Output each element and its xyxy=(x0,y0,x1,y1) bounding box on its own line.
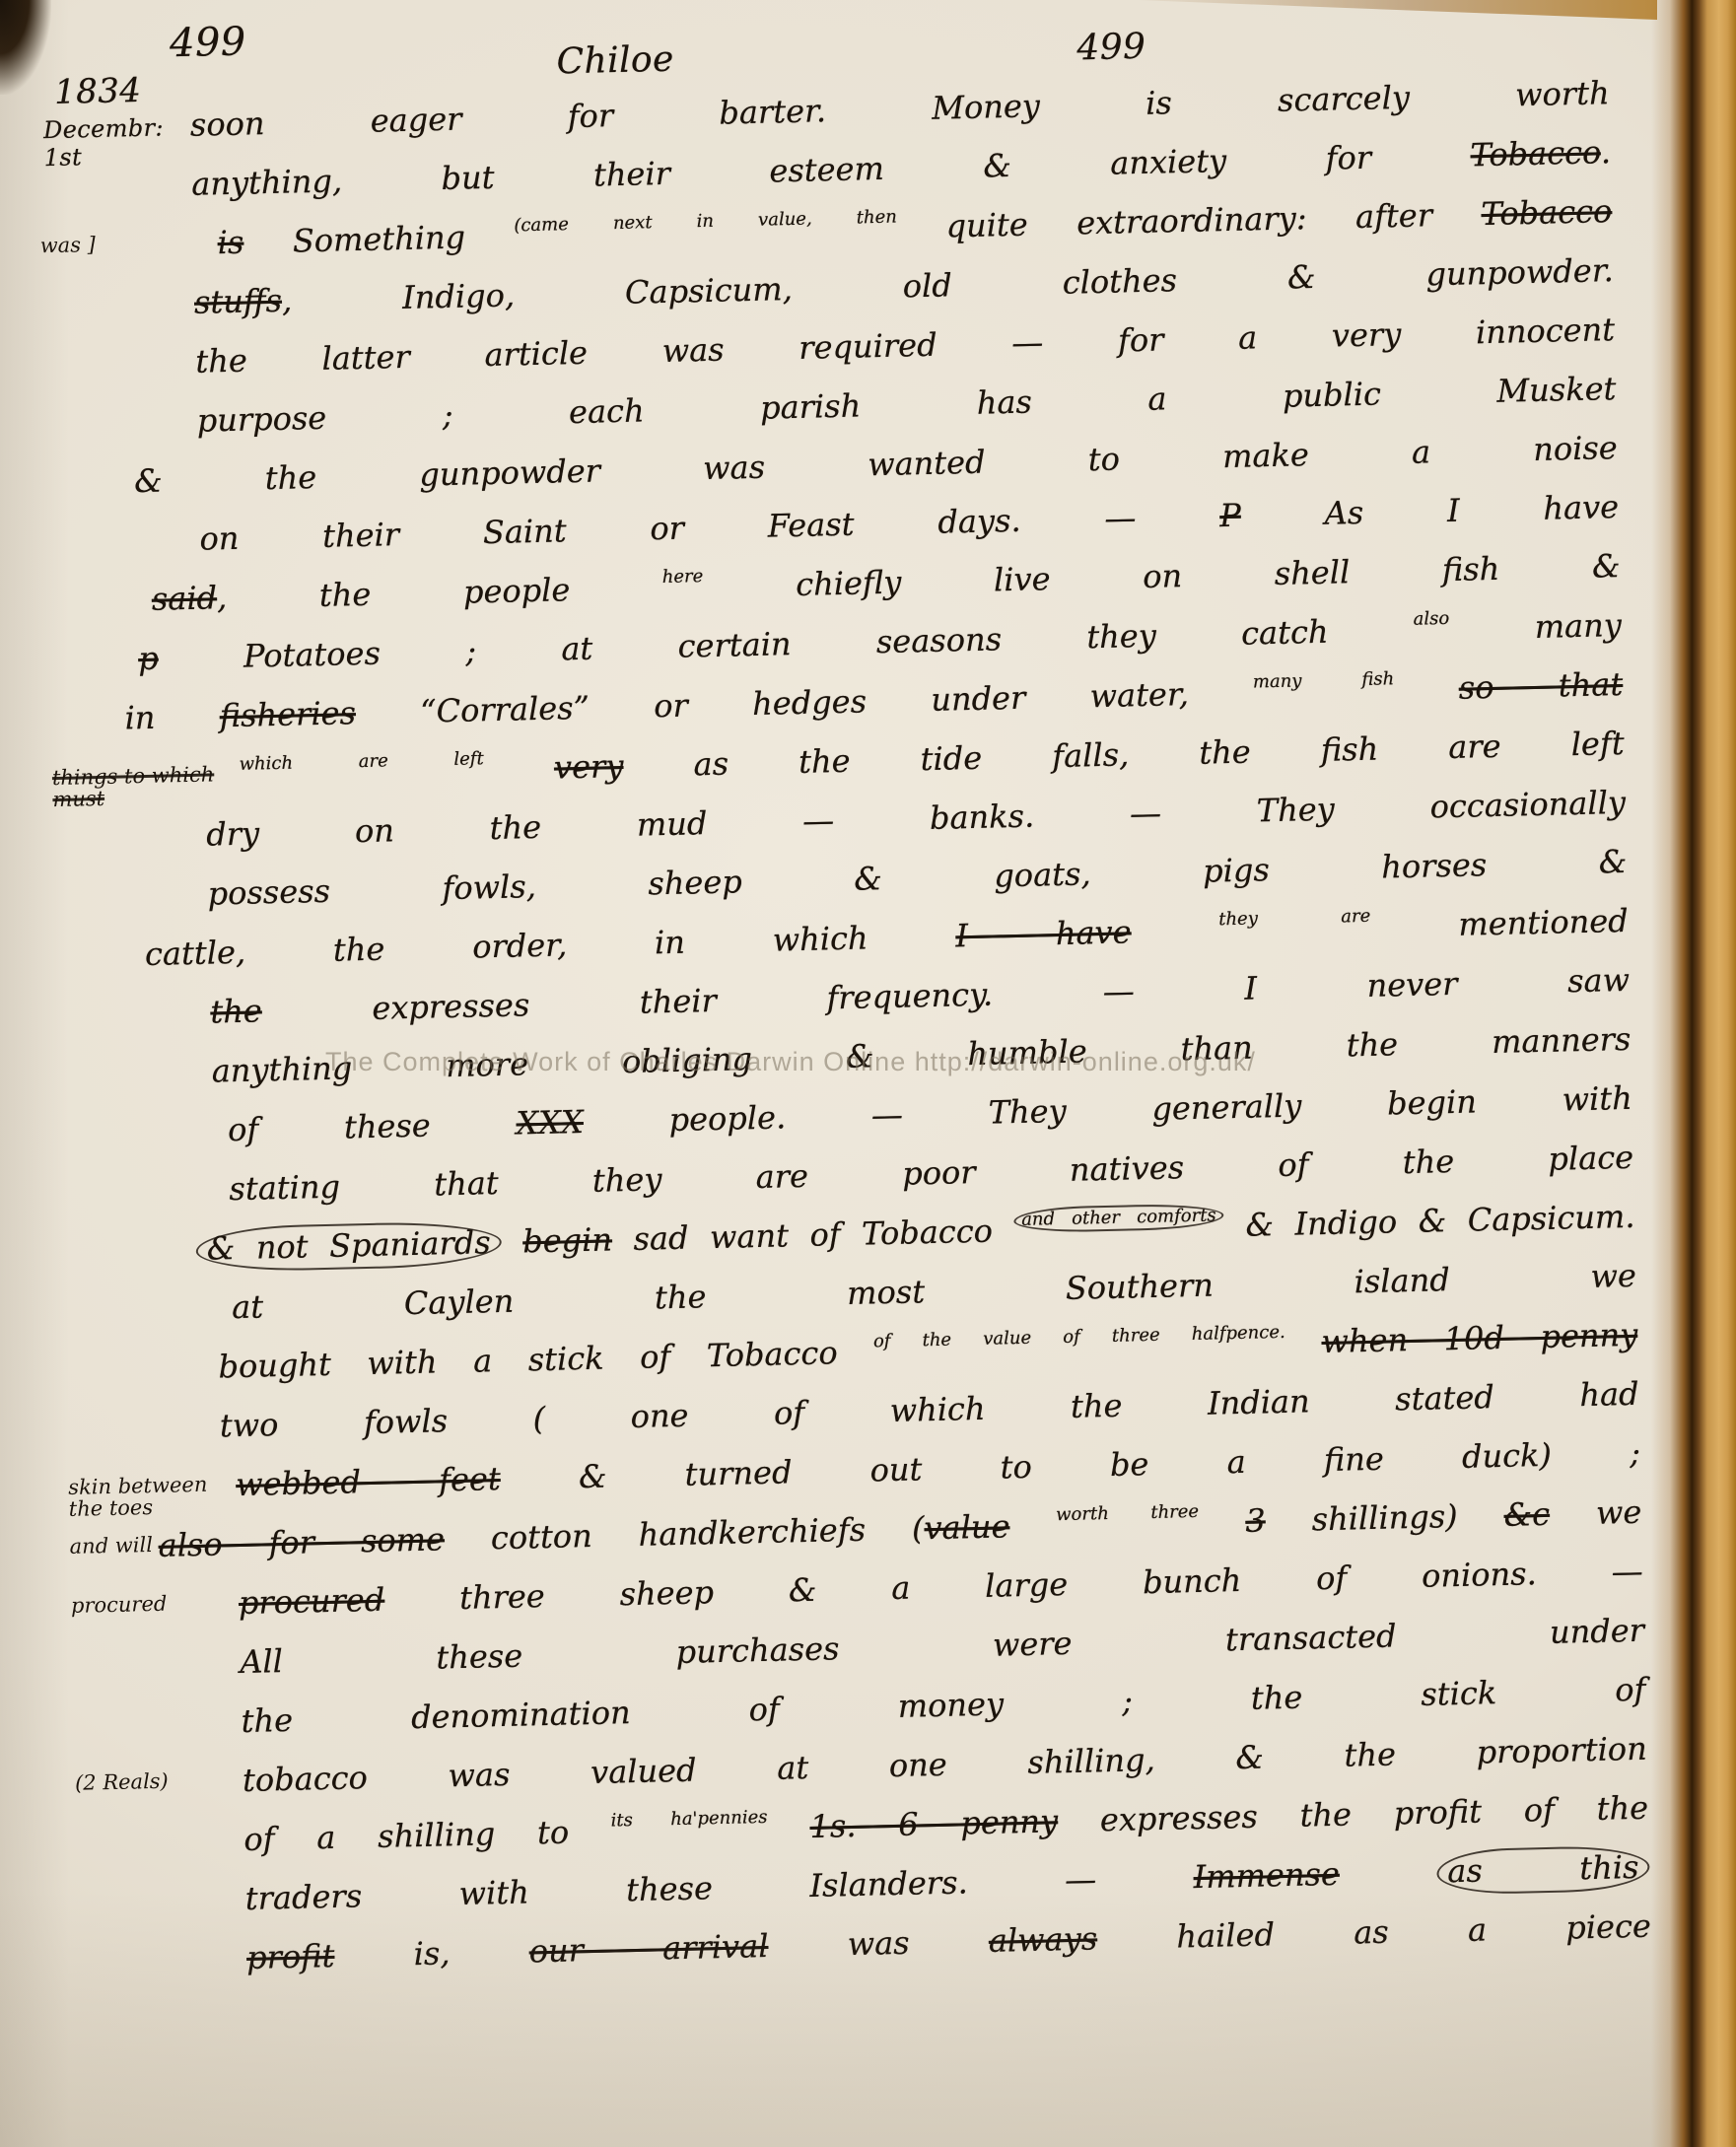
book-fore-edge xyxy=(1651,0,1736,2147)
text-segment: the denomination of money ; the stick of xyxy=(241,1671,1645,1740)
text-segment: , Indigo, Capsicum, old clothes & gunpow… xyxy=(282,251,1615,319)
margin-note: (2 Reals) xyxy=(75,1768,241,1794)
interline-insertion: (came next in value, then xyxy=(514,207,897,237)
text-segment: stating that they are poor natives of th… xyxy=(229,1139,1633,1208)
margin-note: things to which must xyxy=(52,763,219,810)
date-margin-label: Decembr: 1st xyxy=(43,113,192,172)
struck-text: also for some xyxy=(158,1520,445,1564)
manuscript-line: traders with these Islanders. — Immense … xyxy=(244,1851,1649,1916)
text-segment: & turned out to be a fine duck) ; xyxy=(500,1434,1640,1497)
manuscript-line: dry on the mud — banks. — They occasiona… xyxy=(206,787,1626,852)
text-segment xyxy=(1009,1506,1057,1545)
manuscript-line: bought with a stick of Tobacco of the va… xyxy=(218,1319,1637,1384)
page-number-right: 499 xyxy=(1076,27,1146,69)
text-segment: purpose ; each parish has a public Muske… xyxy=(196,370,1616,440)
manuscript-line: is Something (came next in value, then q… xyxy=(217,195,1612,260)
text-segment: soon eager for barter. Money is scarcely… xyxy=(190,74,1610,144)
struck-text: &c xyxy=(1503,1495,1550,1534)
circled-annotation: as this xyxy=(1436,1845,1650,1896)
text-segment: & the gunpowder was wanted to make a noi… xyxy=(134,429,1618,500)
struck-text: Tobacco xyxy=(1481,192,1613,233)
text-segment: three sheep & a large bunch of onions. — xyxy=(384,1553,1643,1619)
margin-note: procured xyxy=(71,1591,237,1617)
manuscript-lines: soon eager for barter. Money is scarcely… xyxy=(0,0,1711,4)
manuscript-line: which are left very as the tide falls, t… xyxy=(240,727,1625,792)
text-segment: . xyxy=(1600,133,1611,171)
text-segment: many xyxy=(1449,606,1622,648)
text-segment xyxy=(767,1808,810,1846)
text-segment: chiefly live on shell fish & xyxy=(703,547,1621,605)
manuscript-line: also for some cotton handkerchiefs (valu… xyxy=(158,1496,1641,1563)
interline-insertion: worth three xyxy=(1056,1501,1199,1525)
manuscript-line: in fisheries “Corrales” or hedges under … xyxy=(124,668,1623,735)
struck-text: the xyxy=(210,992,262,1030)
text-segment: of a shilling to xyxy=(243,1813,611,1858)
struck-text: procured xyxy=(239,1581,385,1622)
struck-text: our arrival xyxy=(528,1927,769,1970)
interline-insertion: which are left xyxy=(239,748,484,775)
manuscript-line: anything, but their esteem & anxiety for… xyxy=(191,136,1611,201)
manuscript-line: of these XXX people. — They generally be… xyxy=(228,1082,1632,1147)
interline-insertion: also xyxy=(1413,608,1449,630)
text-segment: As I have xyxy=(1240,488,1619,534)
manuscript-line: the expresses their frequency. — I never… xyxy=(210,964,1630,1029)
text-segment xyxy=(1131,911,1219,950)
struck-text: p xyxy=(138,640,159,677)
struck-text: so that xyxy=(1458,665,1623,707)
struck-text: 3 xyxy=(1245,1501,1266,1539)
text-segment: mentioned xyxy=(1370,902,1629,945)
manuscript-line: All these purchases were transacted unde… xyxy=(240,1615,1644,1680)
struck-text: I have xyxy=(955,913,1132,954)
interline-insertion: of the value of three halfpence. xyxy=(873,1322,1285,1351)
struck-text: stuffs xyxy=(194,282,283,321)
struck-text: XXX xyxy=(516,1103,584,1143)
struck-text: P xyxy=(1219,497,1241,534)
text-segment: two fowls ( one of which the Indian stat… xyxy=(219,1375,1638,1445)
interline-insertion: they are xyxy=(1218,906,1371,930)
text-segment xyxy=(1285,1323,1322,1361)
struck-text: webbed feet xyxy=(236,1460,501,1503)
text-segment: Something xyxy=(243,217,515,260)
page-title: Chiloe xyxy=(556,39,674,83)
text-segment: people. — They generally begin with xyxy=(583,1079,1632,1141)
text-segment: hailed as a piece xyxy=(1097,1907,1652,1958)
text-segment: anything, but their esteem & anxiety for xyxy=(191,136,1471,202)
text-segment: dry on the mud — banks. — They occasiona… xyxy=(206,784,1626,854)
watermark: The Complete Work of Charles Darwin Onli… xyxy=(325,1047,1489,1077)
manuscript-line: profit is, our arrival was always hailed… xyxy=(246,1910,1651,1975)
struck-text: Immense xyxy=(1193,1855,1340,1896)
year-label: 1834 xyxy=(54,71,142,112)
text-segment: expresses the profit of the xyxy=(1058,1789,1649,1840)
text-segment: , the people xyxy=(217,569,663,616)
struck-text: 1s. 6 penny xyxy=(809,1802,1058,1845)
manuscript-line: of a shilling to its ha'pennies 1s. 6 pe… xyxy=(243,1792,1648,1857)
text-segment: & Indigo & Capsicum. xyxy=(1223,1198,1634,1244)
text-segment xyxy=(1199,1502,1246,1541)
text-segment: cotton handkerchiefs ( xyxy=(445,1509,925,1558)
struck-text: very xyxy=(554,747,624,787)
struck-text: profit xyxy=(246,1937,335,1976)
text-segment: on their Saint or Feast days. — xyxy=(199,497,1220,557)
manuscript-line: possess fowls, sheep & goats, pigs horse… xyxy=(207,846,1627,911)
margin-note: skin between the toes xyxy=(68,1473,235,1520)
text-segment: sad want of Tobacco xyxy=(612,1212,1014,1258)
text-segment: quite extraordinary: after xyxy=(897,195,1482,245)
interline-insertion: its ha'pennies xyxy=(610,1807,767,1832)
struck-text: when 10d penny xyxy=(1321,1316,1637,1360)
circled-insertion: and other comforts xyxy=(1013,1203,1224,1233)
struck-text: value xyxy=(924,1507,1010,1547)
text-segment: of these xyxy=(228,1105,517,1149)
circled-annotation: & not Spaniards xyxy=(195,1220,502,1273)
text-segment: tobacco was valued at one shilling, & th… xyxy=(243,1730,1647,1799)
text-segment xyxy=(1339,1853,1436,1893)
struck-text: fisheries xyxy=(219,694,356,734)
text-segment: as the tide falls, the fish are left xyxy=(623,725,1625,785)
manuscript-line: procured three sheep & a large bunch of … xyxy=(239,1556,1643,1621)
manuscript-line: stating that they are poor natives of th… xyxy=(229,1142,1633,1207)
text-segment: shillings) xyxy=(1265,1496,1504,1539)
text-segment: is, xyxy=(334,1932,529,1974)
text-segment: we xyxy=(1550,1493,1642,1533)
text-segment: cattle, the order, in which xyxy=(145,917,956,973)
manuscript-line: & not Spaniards begin sad want of Tobacc… xyxy=(195,1201,1634,1267)
manuscript-line: two fowls ( one of which the Indian stat… xyxy=(220,1378,1639,1443)
manuscript-page: 499 Chiloe 499 1834 Decembr: 1st soon ea… xyxy=(0,0,1736,2147)
struck-text: said xyxy=(151,579,217,617)
text-segment: at Caylen the most Southern island we xyxy=(232,1257,1636,1326)
struck-text: begin xyxy=(522,1220,613,1260)
text-segment: was xyxy=(768,1922,989,1965)
manuscript-line: webbed feet & turned out to be a fine du… xyxy=(236,1437,1640,1502)
struck-text: always xyxy=(988,1919,1097,1959)
struck-text: is xyxy=(217,224,244,262)
text-segment xyxy=(483,749,554,789)
manuscript-line: the denomination of money ; the stick of xyxy=(241,1674,1645,1739)
text-segment xyxy=(501,1222,522,1260)
text-segment: Potatoes ; at certain seasons they catch xyxy=(158,611,1414,677)
text-segment: All these purchases were transacted unde… xyxy=(240,1612,1644,1681)
manuscript-line: stuffs, Indigo, Capsicum, old clothes & … xyxy=(194,254,1614,319)
text-segment: in xyxy=(124,697,220,736)
text-segment: possess fowls, sheep & goats, pigs horse… xyxy=(207,843,1627,913)
manuscript-line: at Caylen the most Southern island we xyxy=(232,1260,1636,1325)
manuscript-line: tobacco was valued at one shilling, & th… xyxy=(243,1733,1647,1798)
text-segment: traders with these Islanders. — xyxy=(244,1858,1194,1917)
struck-text: Tobacco xyxy=(1470,133,1601,173)
text-segment: expresses their frequency. — I never saw xyxy=(261,961,1630,1029)
manuscript-line: & the gunpowder was wanted to make a noi… xyxy=(134,432,1618,499)
text-segment: the latter article was required — for a … xyxy=(195,311,1615,381)
manuscript-line: cattle, the order, in which I have they … xyxy=(145,905,1629,972)
interline-insertion: here xyxy=(662,566,704,588)
manuscript-line: p Potatoes ; at certain seasons they cat… xyxy=(138,609,1622,676)
text-segment: bought with a stick of Tobacco xyxy=(218,1333,874,1385)
manuscript-line: the latter article was required — for a … xyxy=(195,313,1615,379)
manuscript-line: on their Saint or Feast days. — P As I h… xyxy=(199,491,1619,556)
manuscript-line: said, the people here chiefly live on sh… xyxy=(151,550,1620,616)
text-segment xyxy=(1394,669,1459,708)
interline-insertion: many fish xyxy=(1253,668,1395,692)
manuscript-line: soon eager for barter. Money is scarcely… xyxy=(190,77,1610,142)
page-number-left: 499 xyxy=(170,19,247,66)
text-segment: “Corrales” or hedges under water, xyxy=(355,673,1253,731)
manuscript-line: purpose ; each parish has a public Muske… xyxy=(196,373,1616,438)
margin-note: was ] xyxy=(39,231,205,256)
